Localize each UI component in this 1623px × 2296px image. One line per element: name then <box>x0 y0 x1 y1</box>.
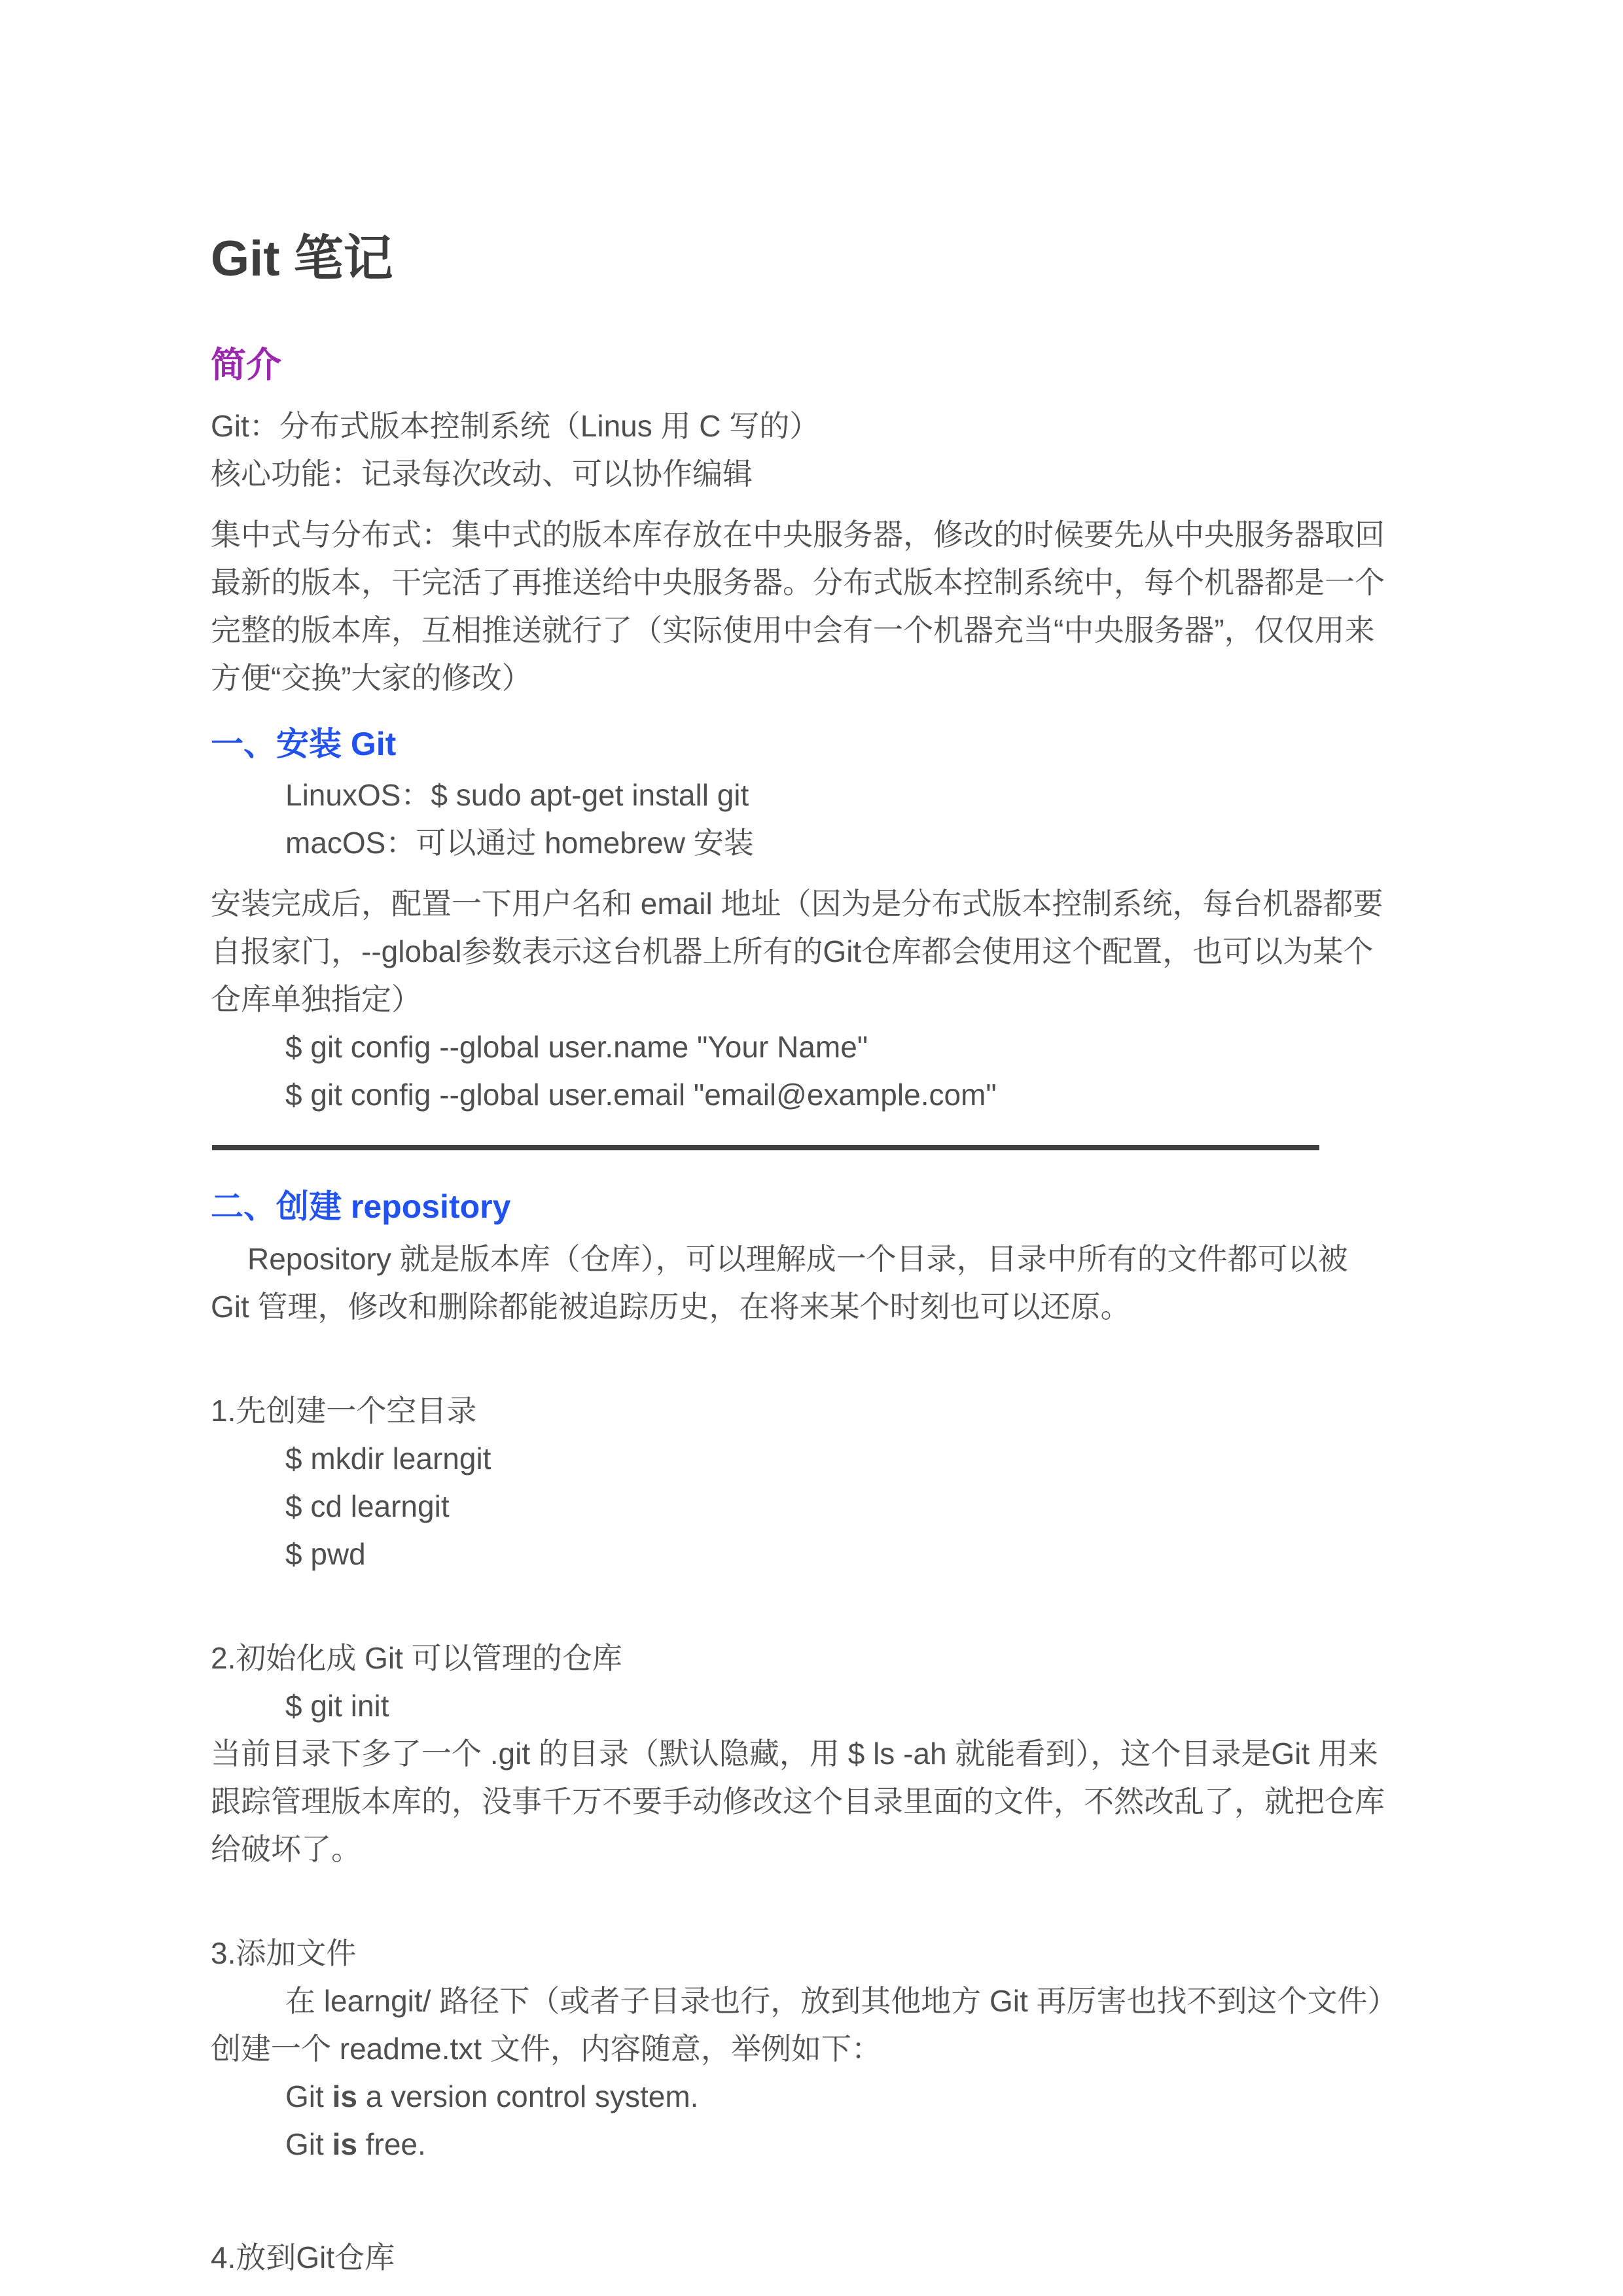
intro-line-core: 核心功能：记录每次改动、可以协作编辑 <box>211 450 1389 498</box>
step3-title: 3.添加文件 <box>211 1930 1389 1977</box>
cmd-git-config-username: $ git config --global user.name "Your Na… <box>211 1023 1389 1071</box>
cmd-git-config-email: $ git config --global user.email "email@… <box>211 1071 1389 1119</box>
readme-example-line-1: Git is a version control system. <box>211 2073 1389 2121</box>
example1-pre: Git <box>285 2079 332 2113</box>
cmd-pwd: $ pwd <box>211 1530 1389 1578</box>
example1-post: a version control system. <box>357 2079 699 2113</box>
section-divider <box>212 1145 1319 1150</box>
intro-heading: 简介 <box>211 346 1389 385</box>
document-page: Git 笔记 简介 Git：分布式版本控制系统（Linus 用 C 写的） 核心… <box>0 0 1623 2296</box>
intro-line-git: Git：分布式版本控制系统（Linus 用 C 写的） <box>211 402 1389 450</box>
example2-post: free. <box>357 2127 426 2161</box>
cmd-mkdir: $ mkdir learngit <box>211 1435 1389 1483</box>
step4-title: 4.放到Git仓库 <box>211 2234 1389 2282</box>
section-heading-install: 一、安装 Git <box>211 724 1389 764</box>
step2-title: 2.初始化成 Git 可以管理的仓库 <box>211 1634 1389 1682</box>
step3-paragraph: 在 learngit/ 路径下（或者子目录也行，放到其他地方 Git 再厉害也找… <box>211 1977 1389 2073</box>
example2-bold-is: is <box>332 2127 357 2161</box>
intro-paragraph: 集中式与分布式：集中式的版本库存放在中央服务器，修改的时候要先从中央服务器取回最… <box>211 511 1389 702</box>
section-heading-repo: 二、创建 repository <box>211 1187 1389 1226</box>
cmd-git-init: $ git init <box>211 1682 1389 1730</box>
install-mac-line: macOS：可以通过 homebrew 安装 <box>211 819 1389 867</box>
page-title: Git 笔记 <box>211 230 1389 287</box>
step1-title: 1.先创建一个空目录 <box>211 1387 1389 1435</box>
readme-example-line-2: Git is free. <box>211 2121 1389 2168</box>
install-config-paragraph: 安装完成后，配置一下用户名和 email 地址（因为是分布式版本控制系统，每台机… <box>211 880 1389 1023</box>
step2-note: 当前目录下多了一个 .git 的目录（默认隐藏，用 $ ls -ah 就能看到）… <box>211 1730 1389 1873</box>
install-linux-line: LinuxOS：$ sudo apt-get install git <box>211 771 1389 819</box>
example1-bold-is: is <box>332 2079 357 2113</box>
example2-pre: Git <box>285 2127 332 2161</box>
repo-paragraph: Repository 就是版本库（仓库），可以理解成一个目录，目录中所有的文件都… <box>211 1235 1389 1331</box>
cmd-cd: $ cd learngit <box>211 1483 1389 1530</box>
